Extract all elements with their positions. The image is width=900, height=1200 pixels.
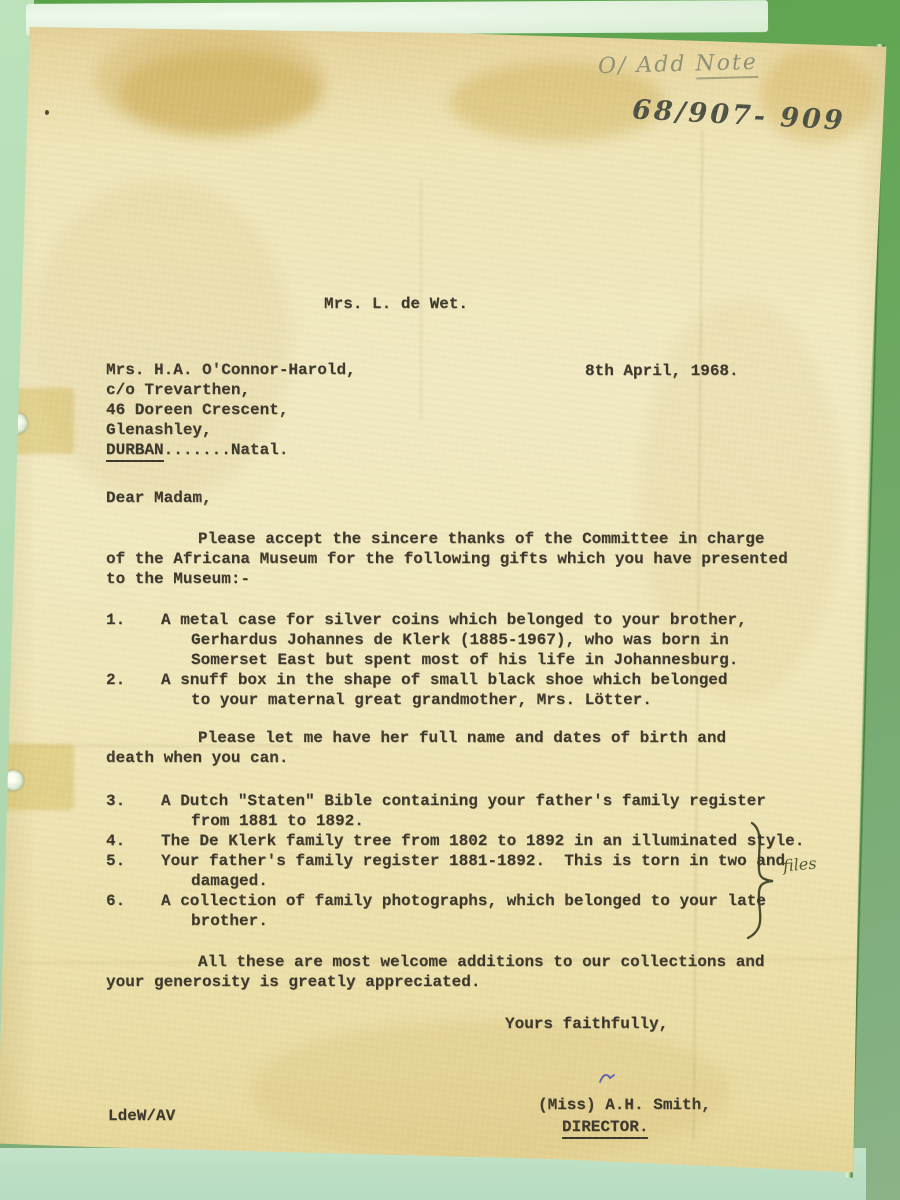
signature-title: DIRECTOR. xyxy=(562,1117,648,1137)
list-item: 3. A Dutch "Staten" Bible containing you… xyxy=(106,791,846,831)
paragraph-thanks: Please accept the sincere thanks of the … xyxy=(106,529,826,589)
glue-stain xyxy=(95,26,325,136)
pen-check-mark xyxy=(596,1070,618,1086)
recipient-address: Mrs. H.A. O'Connor-Harold, c/o Trevarthe… xyxy=(106,360,356,460)
list-item: 2. A snuff box in the shape of small bla… xyxy=(106,670,846,710)
city-underlined: DURBAN xyxy=(106,441,164,462)
paragraph-appreciation: All these are most welcome additions to … xyxy=(106,952,826,992)
archive-note-underlined: Note xyxy=(695,50,758,80)
address-line: Mrs. H.A. O'Connor-Harold, xyxy=(106,360,356,380)
archive-note-text: O/ Add xyxy=(598,52,696,80)
paragraph-request: Please let me have her full name and dat… xyxy=(106,728,826,768)
gift-list-2: 3. A Dutch "Staten" Bible containing you… xyxy=(106,791,846,931)
letter-subject-heading: Mrs. L. de Wet. xyxy=(324,294,468,314)
list-item: 4. The De Klerk family tree from 1802 to… xyxy=(106,831,846,851)
address-line-city: DURBAN.......Natal. xyxy=(106,440,356,460)
salutation: Dear Madam, xyxy=(106,488,212,508)
letter-date: 8th April, 1968. xyxy=(585,361,739,381)
list-item: 5. Your father's family register 1881-18… xyxy=(106,851,846,891)
photo-background: O/ Add Note 68/907- 909 files Mrs. L. de… xyxy=(0,0,900,1200)
gift-list-1: 1. A metal case for silver coins which b… xyxy=(106,610,846,710)
list-item: 1. A metal case for silver coins which b… xyxy=(106,610,846,670)
signature-name: (Miss) A.H. Smith, xyxy=(538,1095,711,1115)
city-rest: .......Natal. xyxy=(164,441,289,459)
handwritten-archive-note: O/ Add Note xyxy=(598,50,758,79)
closing: Yours faithfully, xyxy=(505,1014,668,1034)
paper-discoloration xyxy=(250,1020,730,1160)
reference-initials: LdeW/AV xyxy=(108,1106,175,1126)
list-item: 6. A collection of family photographs, w… xyxy=(106,891,846,931)
address-line: 46 Doreen Crescent, xyxy=(106,400,356,420)
letter-page: O/ Add Note 68/907- 909 files Mrs. L. de… xyxy=(0,0,900,1200)
ink-speck xyxy=(45,110,49,115)
address-line: c/o Trevarthen, xyxy=(106,380,356,400)
address-line: Glenashley, xyxy=(106,420,356,440)
